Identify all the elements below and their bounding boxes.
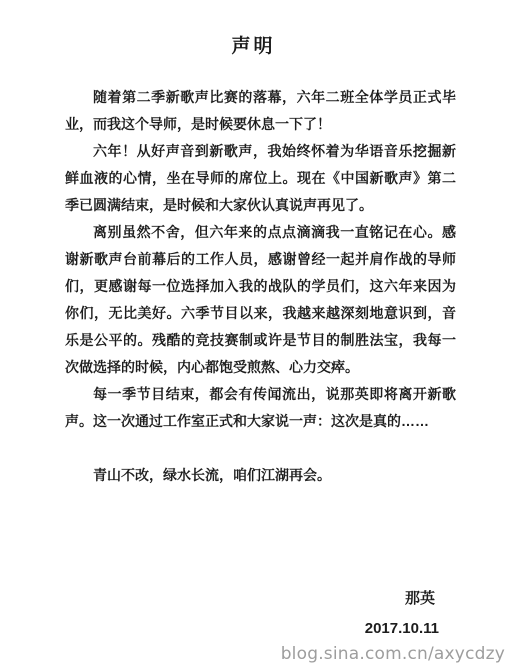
document-title: 声明 [0,0,507,58]
watermark-url: blog.sina.com.cn/axycdzy [281,644,505,664]
signature-name: 那英 [365,584,439,614]
signature-date: 2017.10.11 [365,614,439,644]
closing-line: 青山不改，绿水长流，咱们江湖再会。 [65,462,456,489]
paragraph-intro: 随着第二季新歌声比赛的落幕，六年二班全体学员正式毕业，而我这个导师，是时候要休息… [65,84,456,138]
paragraph-thanks: 离别虽然不舍，但六年来的点点滴滴我一直铭记在心。感谢新歌声台前幕后的工作人员，感… [65,219,456,381]
statement-document: 声明 随着第二季新歌声比赛的落幕，六年二班全体学员正式毕业，而我这个导师，是时候… [0,0,507,665]
paragraph-rumor: 每一季节目结束，都会有传闻流出，说那英即将离开新歌声。这一次通过工作室正式和大家… [65,381,456,435]
paragraph-six-years: 六年！从好声音到新歌声，我始终怀着为华语音乐挖掘新鲜血液的心情，坐在导师的席位上… [65,138,456,219]
signature-block: 那英 2017.10.11 [365,584,439,644]
document-body: 随着第二季新歌声比赛的落幕，六年二班全体学员正式毕业，而我这个导师，是时候要休息… [65,84,456,489]
